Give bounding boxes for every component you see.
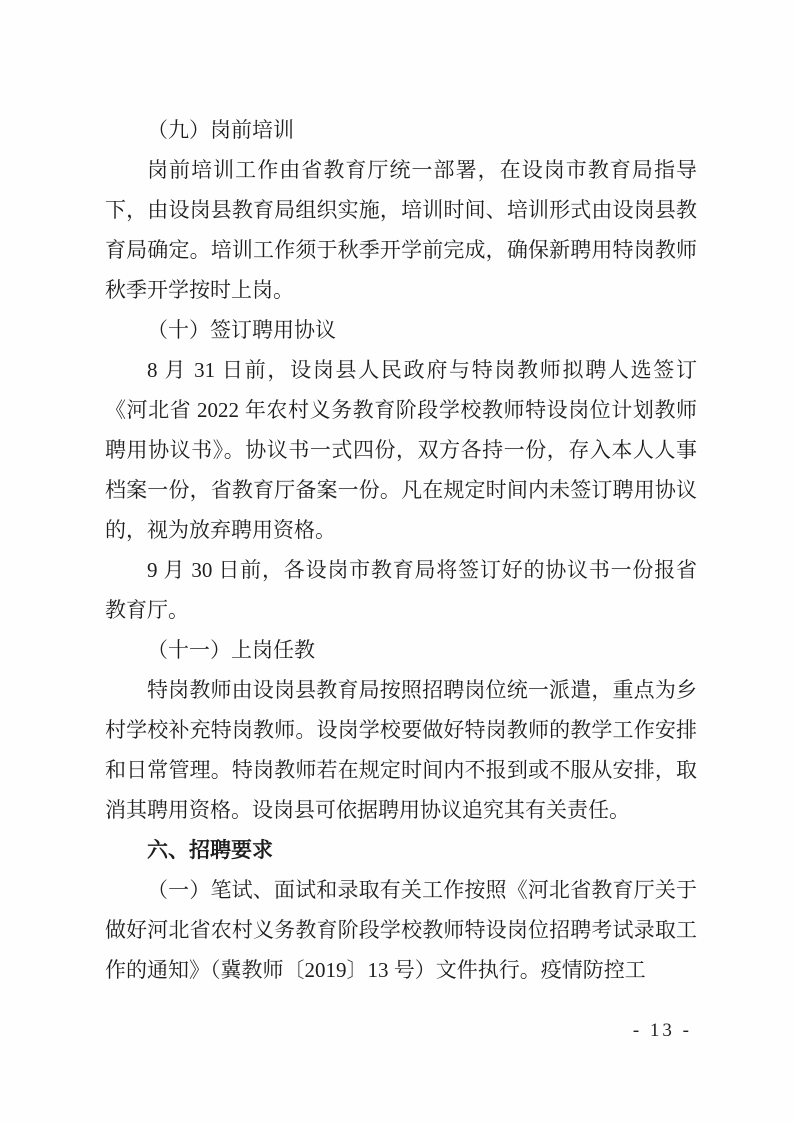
body-paragraph: （一）笔试、面试和录取有关工作按照《河北省教育厅关于做好河北省农村义务教育阶段学… [105,870,697,990]
sub-section-heading: （九）岗前培训 [105,110,697,150]
page-number: - 13 - [633,1020,692,1042]
document-page: （九）岗前培训岗前培训工作由省教育厅统一部署，在设岗市教育局指导下，由设岗县教育… [0,0,794,1123]
document-body: （九）岗前培训岗前培训工作由省教育厅统一部署，在设岗市教育局指导下，由设岗县教育… [105,110,697,990]
sub-section-heading: （十一）上岗任教 [105,630,697,670]
body-paragraph: 岗前培训工作由省教育厅统一部署，在设岗市教育局指导下，由设岗县教育局组织实施，培… [105,150,697,310]
body-paragraph: 8 月 31 日前，设岗县人民政府与特岗教师拟聘人选签订《河北省 2022 年农… [105,350,697,550]
section-heading: 六、招聘要求 [105,830,697,870]
body-paragraph: 特岗教师由设岗县教育局按照招聘岗位统一派遣，重点为乡村学校补充特岗教师。设岗学校… [105,670,697,830]
body-paragraph: 9 月 30 日前，各设岗市教育局将签订好的协议书一份报省教育厅。 [105,550,697,630]
sub-section-heading: （十）签订聘用协议 [105,310,697,350]
